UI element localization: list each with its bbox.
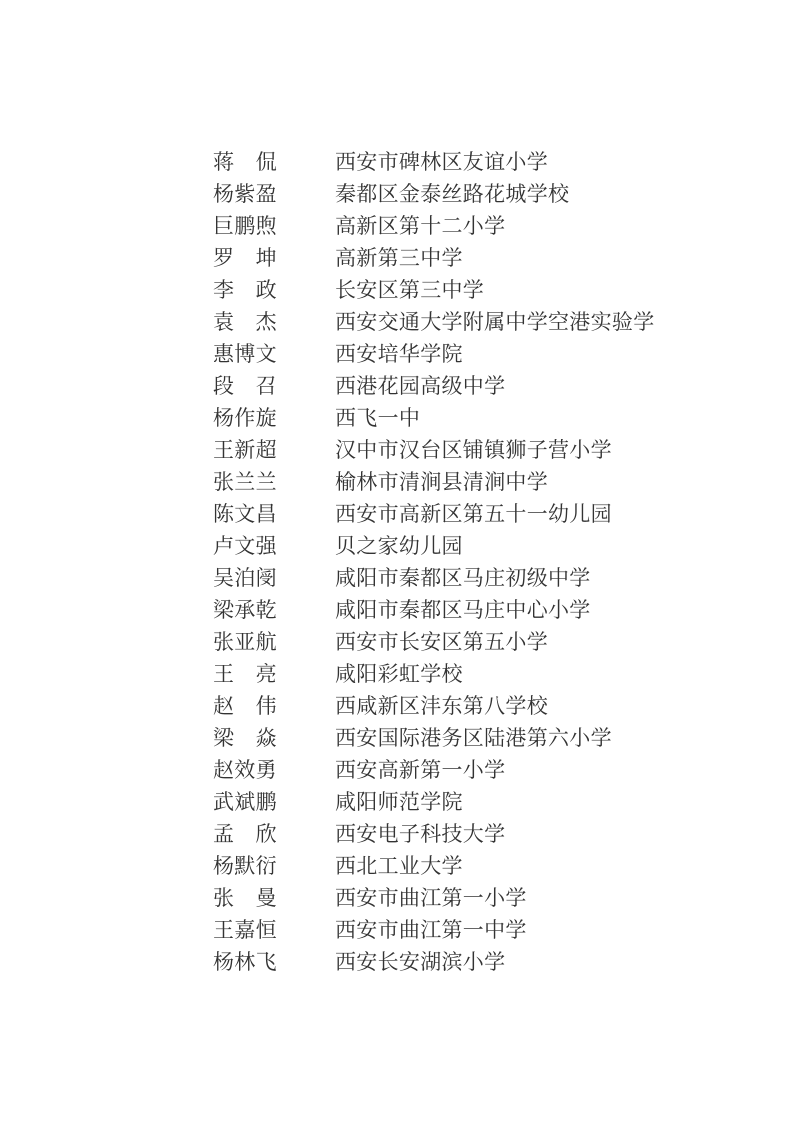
person-name: 张兰兰 xyxy=(213,466,335,498)
person-name: 杨作旋 xyxy=(213,402,335,434)
person-name: 王嘉恒 xyxy=(213,914,335,946)
person-name: 巨鹏煦 xyxy=(213,210,335,242)
roster-row: 杨紫盈秦都区金泰丝路花城学校 xyxy=(213,178,655,210)
roster-row: 罗 坤高新第三中学 xyxy=(213,242,655,274)
school-name: 咸阳彩虹学校 xyxy=(335,658,463,690)
person-name: 武斌鹏 xyxy=(213,786,335,818)
roster-row: 杨作旋西飞一中 xyxy=(213,402,655,434)
school-name: 西港花园高级中学 xyxy=(335,370,505,402)
person-name: 赵效勇 xyxy=(213,754,335,786)
school-name: 西咸新区沣东第八学校 xyxy=(335,690,548,722)
roster-row: 段 召西港花园高级中学 xyxy=(213,370,655,402)
roster-row: 巨鹏煦高新区第十二小学 xyxy=(213,210,655,242)
person-name: 梁 焱 xyxy=(213,722,335,754)
school-name: 汉中市汉台区铺镇狮子营小学 xyxy=(335,434,612,466)
person-name: 王新超 xyxy=(213,434,335,466)
document-page: 蒋 侃西安市碑林区友谊小学杨紫盈秦都区金泰丝路花城学校巨鹏煦高新区第十二小学罗 … xyxy=(0,0,800,1131)
person-name: 王 亮 xyxy=(213,658,335,690)
roster-row: 梁承乾咸阳市秦都区马庄中心小学 xyxy=(213,594,655,626)
roster-row: 武斌鹏咸阳师范学院 xyxy=(213,786,655,818)
school-name: 秦都区金泰丝路花城学校 xyxy=(335,178,569,210)
roster-row: 张 曼西安市曲江第一小学 xyxy=(213,882,655,914)
school-name: 咸阳市秦都区马庄中心小学 xyxy=(335,594,591,626)
school-name: 贝之家幼儿园 xyxy=(335,530,463,562)
roster-row: 王新超汉中市汉台区铺镇狮子营小学 xyxy=(213,434,655,466)
roster-row: 王 亮咸阳彩虹学校 xyxy=(213,658,655,690)
roster-row: 蒋 侃西安市碑林区友谊小学 xyxy=(213,146,655,178)
roster-row: 陈文昌西安市高新区第五十一幼儿园 xyxy=(213,498,655,530)
person-name: 罗 坤 xyxy=(213,242,335,274)
school-name: 西安高新第一小学 xyxy=(335,754,505,786)
roster-row: 梁 焱西安国际港务区陆港第六小学 xyxy=(213,722,655,754)
roster-row: 赵效勇西安高新第一小学 xyxy=(213,754,655,786)
roster-row: 卢文强贝之家幼儿园 xyxy=(213,530,655,562)
school-name: 西安长安湖滨小学 xyxy=(335,946,505,978)
roster-row: 王嘉恒西安市曲江第一中学 xyxy=(213,914,655,946)
person-name: 段 召 xyxy=(213,370,335,402)
school-name: 西安电子科技大学 xyxy=(335,818,505,850)
person-name: 袁 杰 xyxy=(213,306,335,338)
person-name: 蒋 侃 xyxy=(213,146,335,178)
school-name: 西安交通大学附属中学空港实验学 xyxy=(335,306,655,338)
school-name: 榆林市清涧县清涧中学 xyxy=(335,466,548,498)
school-name: 咸阳市秦都区马庄初级中学 xyxy=(335,562,591,594)
person-name: 杨林飞 xyxy=(213,946,335,978)
school-name: 西安市长安区第五小学 xyxy=(335,626,548,658)
person-name: 杨默衍 xyxy=(213,850,335,882)
school-name: 西安培华学院 xyxy=(335,338,463,370)
school-name: 西北工业大学 xyxy=(335,850,463,882)
school-name: 长安区第三中学 xyxy=(335,274,484,306)
roster-row: 吴泊阌咸阳市秦都区马庄初级中学 xyxy=(213,562,655,594)
roster-row: 杨林飞西安长安湖滨小学 xyxy=(213,946,655,978)
school-name: 西安市曲江第一中学 xyxy=(335,914,527,946)
person-name: 孟 欣 xyxy=(213,818,335,850)
person-name: 惠博文 xyxy=(213,338,335,370)
school-name: 高新区第十二小学 xyxy=(335,210,505,242)
school-name: 西飞一中 xyxy=(335,402,420,434)
roster-row: 赵 伟西咸新区沣东第八学校 xyxy=(213,690,655,722)
roster-row: 袁 杰西安交通大学附属中学空港实验学 xyxy=(213,306,655,338)
school-name: 西安市碑林区友谊小学 xyxy=(335,146,548,178)
roster-row: 惠博文西安培华学院 xyxy=(213,338,655,370)
school-name: 咸阳师范学院 xyxy=(335,786,463,818)
person-name: 张 曼 xyxy=(213,882,335,914)
person-name: 陈文昌 xyxy=(213,498,335,530)
school-name: 西安市曲江第一小学 xyxy=(335,882,527,914)
roster-row: 张兰兰榆林市清涧县清涧中学 xyxy=(213,466,655,498)
roster-row: 杨默衍西北工业大学 xyxy=(213,850,655,882)
person-name: 梁承乾 xyxy=(213,594,335,626)
roster-row: 张亚航西安市长安区第五小学 xyxy=(213,626,655,658)
person-name: 杨紫盈 xyxy=(213,178,335,210)
person-name: 张亚航 xyxy=(213,626,335,658)
person-name: 李 政 xyxy=(213,274,335,306)
roster-row: 李 政长安区第三中学 xyxy=(213,274,655,306)
school-name: 高新第三中学 xyxy=(335,242,463,274)
person-name: 卢文强 xyxy=(213,530,335,562)
person-name: 赵 伟 xyxy=(213,690,335,722)
school-name: 西安市高新区第五十一幼儿园 xyxy=(335,498,612,530)
roster-row: 孟 欣西安电子科技大学 xyxy=(213,818,655,850)
person-name: 吴泊阌 xyxy=(213,562,335,594)
roster-list: 蒋 侃西安市碑林区友谊小学杨紫盈秦都区金泰丝路花城学校巨鹏煦高新区第十二小学罗 … xyxy=(213,146,655,978)
school-name: 西安国际港务区陆港第六小学 xyxy=(335,722,612,754)
